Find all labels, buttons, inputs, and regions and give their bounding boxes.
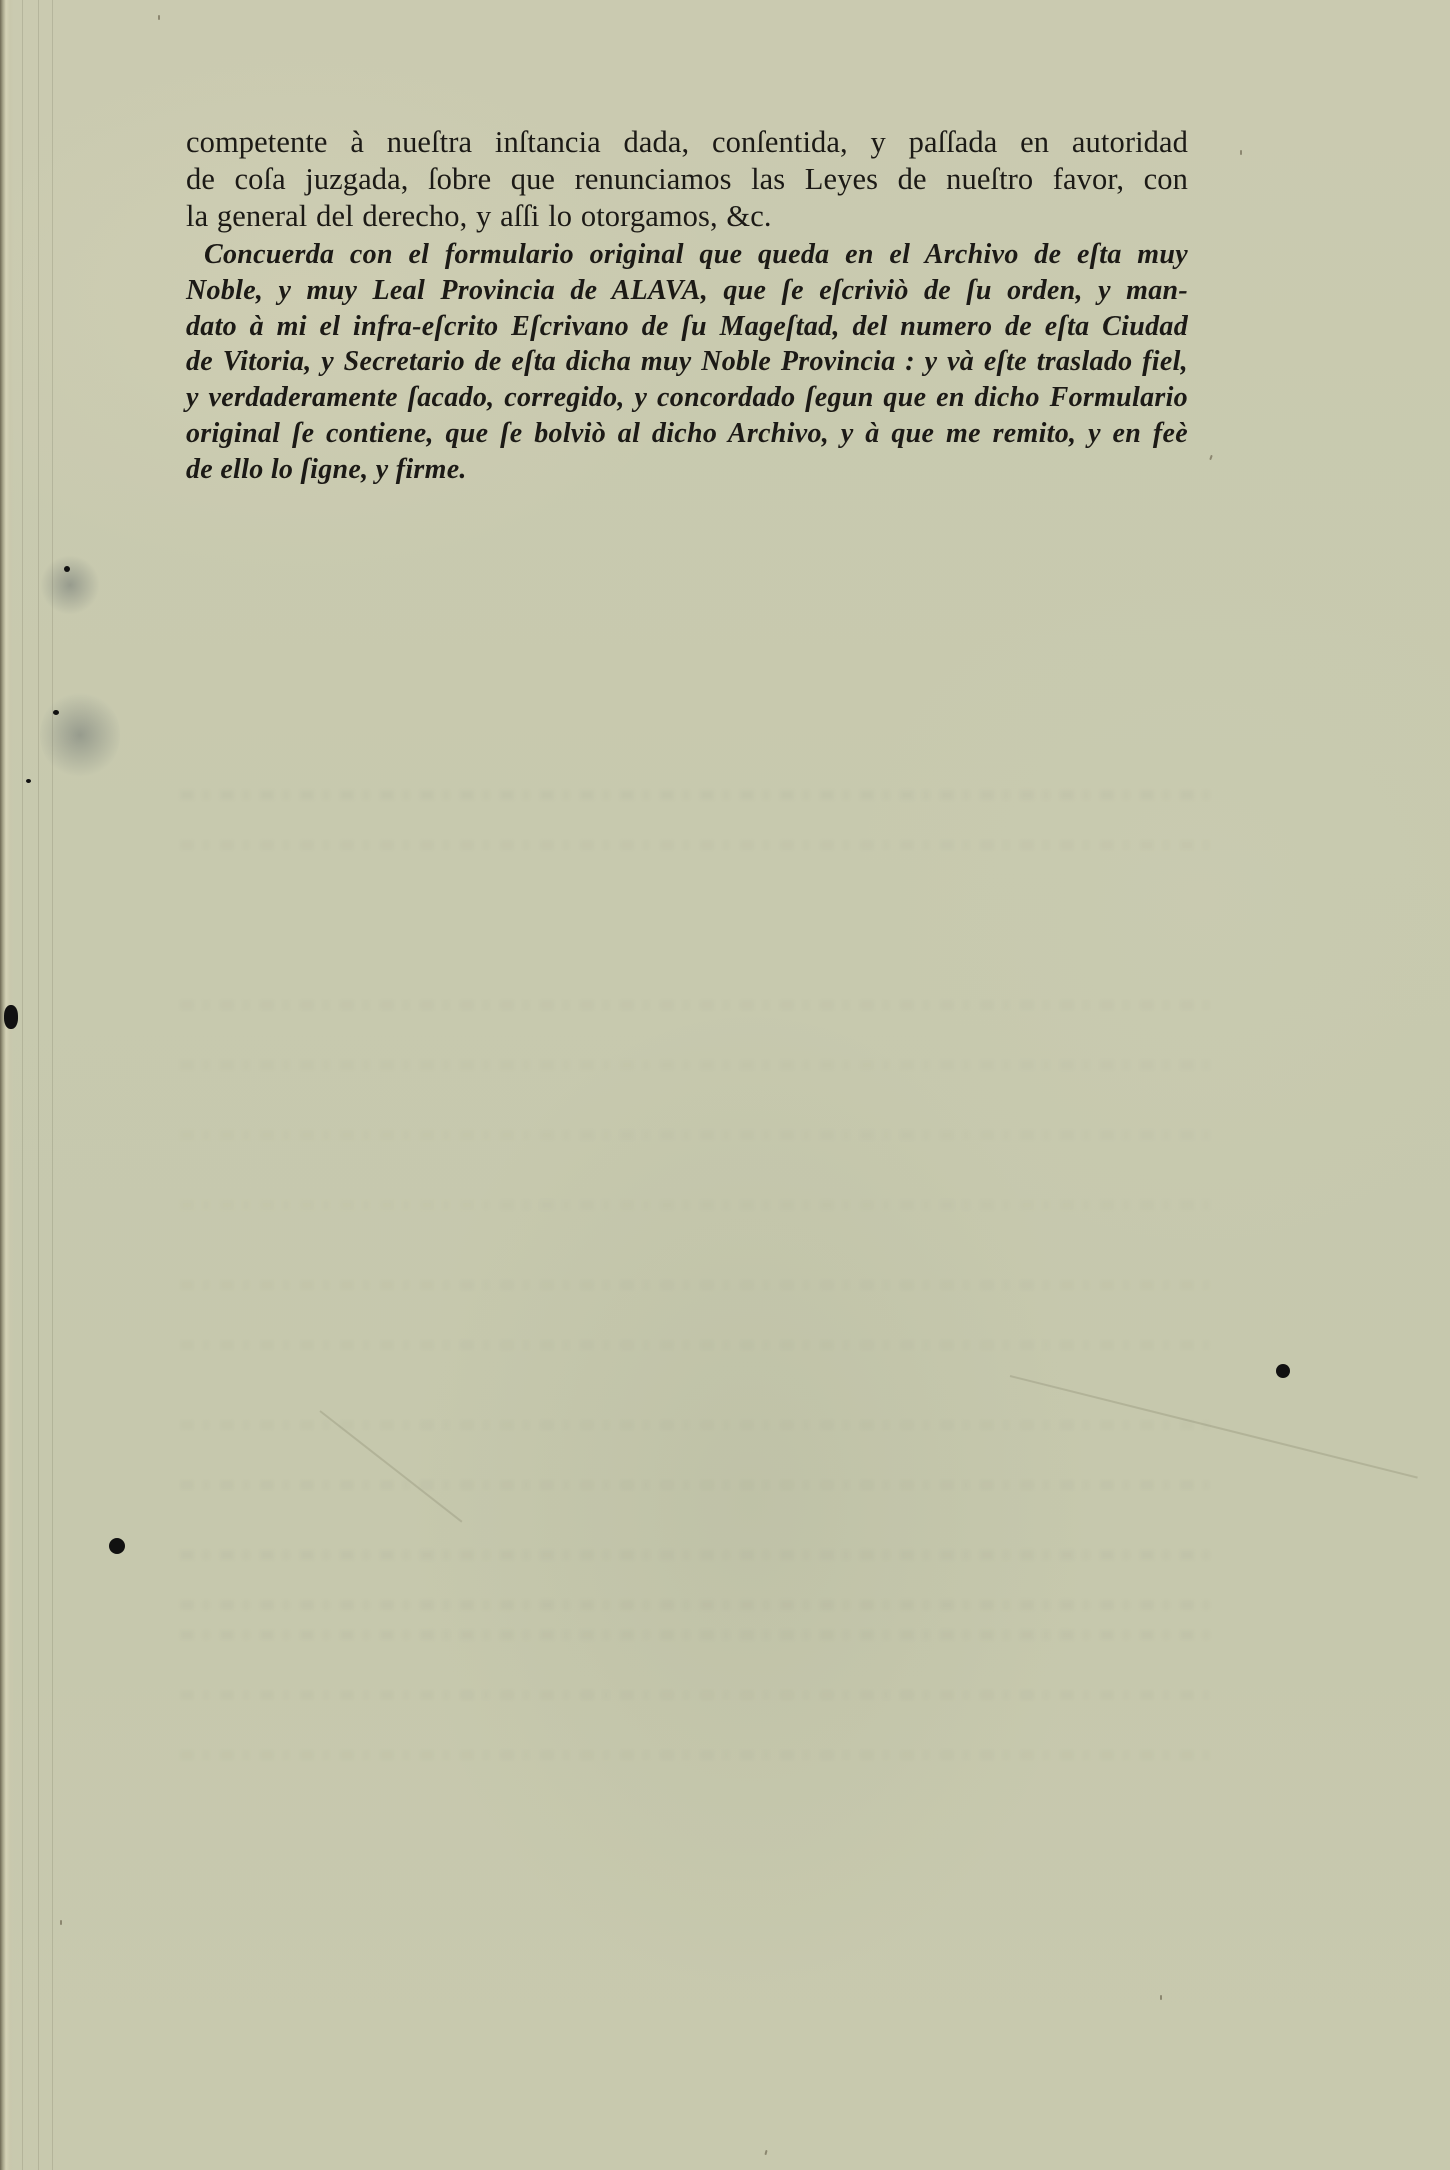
show-through-line: [180, 1060, 1220, 1070]
text-line: dato à mi el infra-eſcrito Eſcrivano de …: [186, 309, 1188, 345]
ink-smudge: [40, 690, 120, 780]
ink-blot: [4, 1005, 18, 1029]
ink-speck: [64, 566, 70, 572]
paper-crease: [22, 0, 23, 2170]
text-line: la general del derecho, y aſſi lo otorga…: [186, 198, 1188, 235]
paper-fleck: [1160, 1995, 1162, 2000]
show-through-line: [180, 1200, 1220, 1210]
paper-crease: [52, 0, 53, 2170]
binding-edge: [0, 0, 14, 2170]
text-line: Concuerda con el formulario original que…: [186, 237, 1188, 273]
text-line: de coſa juzgada, ſobre que renunciamos l…: [186, 161, 1188, 198]
show-through-line: [180, 1690, 1220, 1700]
show-through-line: [180, 1600, 1220, 1610]
show-through-line: [180, 1340, 1220, 1350]
show-through-line: [180, 790, 1220, 800]
show-through-line: [180, 1550, 1220, 1560]
show-through-line: [180, 1480, 1220, 1490]
paragraph-certification: Concuerda con el formulario original que…: [186, 237, 1188, 488]
text-line: de ello lo ſigne, y firme.: [186, 452, 1188, 488]
text-line: Noble, y muy Leal Provincia de ALAVA, qu…: [186, 273, 1188, 309]
paper-fleck: [158, 15, 160, 20]
text-line: y verdaderamente ſacado, corregido, y co…: [186, 380, 1188, 416]
show-through-line: [180, 1000, 1220, 1010]
text-line: competente à nueſtra inſtancia dada, con…: [186, 124, 1188, 161]
show-through-line: [180, 1280, 1220, 1290]
show-through-line: [180, 1630, 1220, 1640]
paper-fleck: [764, 2150, 767, 2155]
text-line: de Vitoria, y Secretario de eſta dicha m…: [186, 344, 1188, 380]
document-text: competente à nueſtra inſtancia dada, con…: [186, 124, 1188, 488]
show-through-line: [180, 1750, 1220, 1760]
paragraph-closing-formula: competente à nueſtra inſtancia dada, con…: [186, 124, 1188, 235]
show-through-line: [180, 1130, 1220, 1140]
paper-crease: [38, 0, 39, 2170]
ink-speck: [26, 779, 31, 783]
paper-fleck: [60, 1920, 62, 1925]
ink-dot: [109, 1538, 125, 1554]
ink-dot: [1276, 1364, 1290, 1378]
text-line: original ſe contiene, que ſe bolviò al d…: [186, 416, 1188, 452]
scanned-page: competente à nueſtra inſtancia dada, con…: [0, 0, 1450, 2170]
ink-speck: [53, 710, 59, 715]
paper-fleck: [1240, 150, 1242, 155]
show-through-line: [180, 840, 1220, 850]
paper-fleck: [1209, 455, 1213, 460]
ink-smudge: [40, 555, 100, 615]
